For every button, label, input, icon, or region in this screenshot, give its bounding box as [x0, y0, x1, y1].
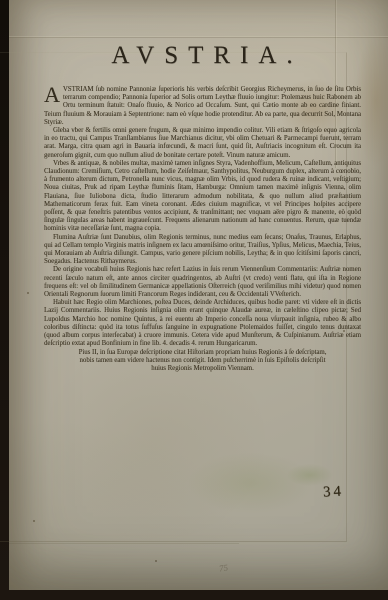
body-paragraph: Habuit hæc Regio olim Marchiones, poſtea…	[44, 299, 361, 348]
lower-crease	[9, 543, 239, 544]
body-paragraph: Gleba vber & fertilis omni genere frugum…	[44, 127, 361, 160]
drop-cap: A	[44, 86, 63, 103]
closing-paragraph: Pius II, in ſua Europæ deſcriptione cita…	[44, 349, 361, 374]
paragraph-text: VSTRIAM ſub nomine Pannoniæ ſuperioris h…	[44, 86, 361, 126]
book-page: AVSTRIA. AVSTRIAM ſub nomine Pannoniæ ſu…	[9, 0, 388, 590]
pencil-mark: 75	[218, 562, 228, 573]
page-title: AVSTRIA.	[44, 42, 360, 70]
body-paragraph: De origine vocabuli huius Regionis hæc r…	[44, 266, 361, 299]
book-photo: AVSTRIA. AVSTRIAM ſub nomine Pannoniæ ſu…	[0, 0, 388, 600]
body-paragraph: Vrbes & antiquæ, & nobiles multæ, maximè…	[44, 160, 361, 234]
body-paragraph: Flumina Auſtriæ ſunt Danubius, olim Regi…	[44, 234, 361, 267]
page-number: 34	[323, 483, 345, 501]
horizontal-crease	[9, 37, 388, 38]
body-paragraph: AVSTRIAM ſub nomine Pannoniæ ſuperioris …	[44, 86, 361, 127]
text-block: AVSTRIAM ſub nomine Pannoniæ ſuperioris …	[44, 86, 361, 373]
paper-speck	[155, 560, 157, 562]
